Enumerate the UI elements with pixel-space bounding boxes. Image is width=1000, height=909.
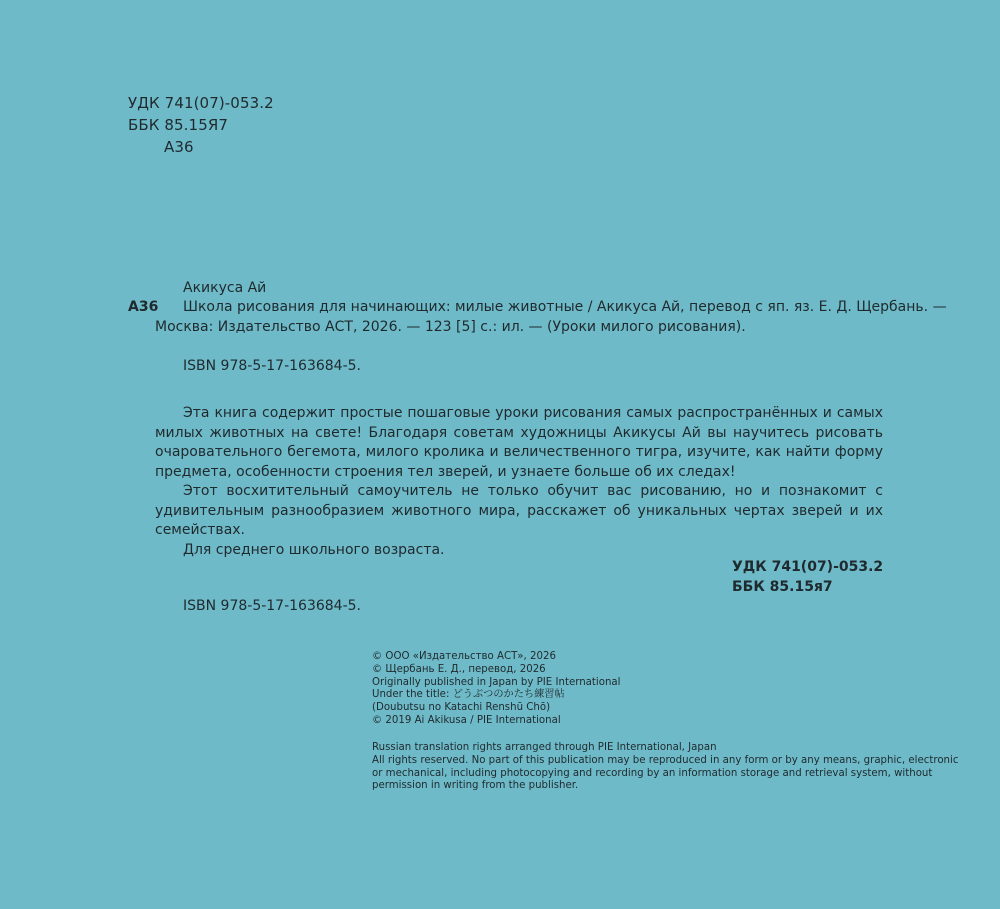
bbk-code: ББК 85.15Я7 (128, 114, 274, 136)
udk-code-bold: УДК 741(07)-053.2 (732, 557, 883, 577)
catalog-sign: А36 (128, 298, 158, 318)
rights-line: Russian translation rights arranged thro… (372, 742, 958, 755)
catalog-author: Акикуса Ай (183, 279, 266, 299)
author-sign: А36 (128, 136, 274, 158)
copyright-line: Under the title: どうぶつのかたち練習帖 (372, 689, 621, 702)
copyright-line: © ООО «Издательство АСТ», 2026 (372, 651, 621, 664)
isbn-top: ISBN 978-5-17-163684-5. (183, 357, 361, 377)
copyright-line: Originally published in Japan by PIE Int… (372, 677, 621, 690)
udk-code: УДК 741(07)-053.2 (128, 92, 274, 114)
annotation-paragraph: Эта книга содержит простые пошаговые уро… (155, 404, 883, 482)
copyright-line: © 2019 Ai Akikusa / PIE International (372, 715, 621, 728)
rights-line: permission in writing from the publisher… (372, 780, 958, 793)
annotation-paragraph: Этот восхитительный самоучитель не тольк… (155, 482, 883, 541)
rights-line: All rights reserved. No part of this pub… (372, 755, 958, 768)
isbn-bottom: ISBN 978-5-17-163684-5. (183, 597, 361, 617)
top-index-block: УДК 741(07)-053.2 ББК 85.15Я7 А36 (128, 92, 274, 158)
annotation: Эта книга содержит простые пошаговые уро… (155, 404, 883, 560)
copyright-line: (Doubutsu no Katachi Renshū Chō) (372, 702, 621, 715)
catalog-publication-line: Москва: Издательство АСТ, 2026. — 123 [5… (155, 318, 746, 338)
copyright-line: © Щербань Е. Д., перевод, 2026 (372, 664, 621, 677)
bottom-index-block: УДК 741(07)-053.2 ББК 85.15я7 (732, 557, 883, 597)
rights-block: Russian translation rights arranged thro… (372, 742, 958, 793)
catalog-title-line: Школа рисования для начинающих: милые жи… (183, 298, 883, 318)
rights-line: or mechanical, including photocopying an… (372, 768, 958, 781)
copyright-block: © ООО «Издательство АСТ», 2026 © Щербань… (372, 651, 621, 728)
bbk-code-bold: ББК 85.15я7 (732, 577, 883, 597)
